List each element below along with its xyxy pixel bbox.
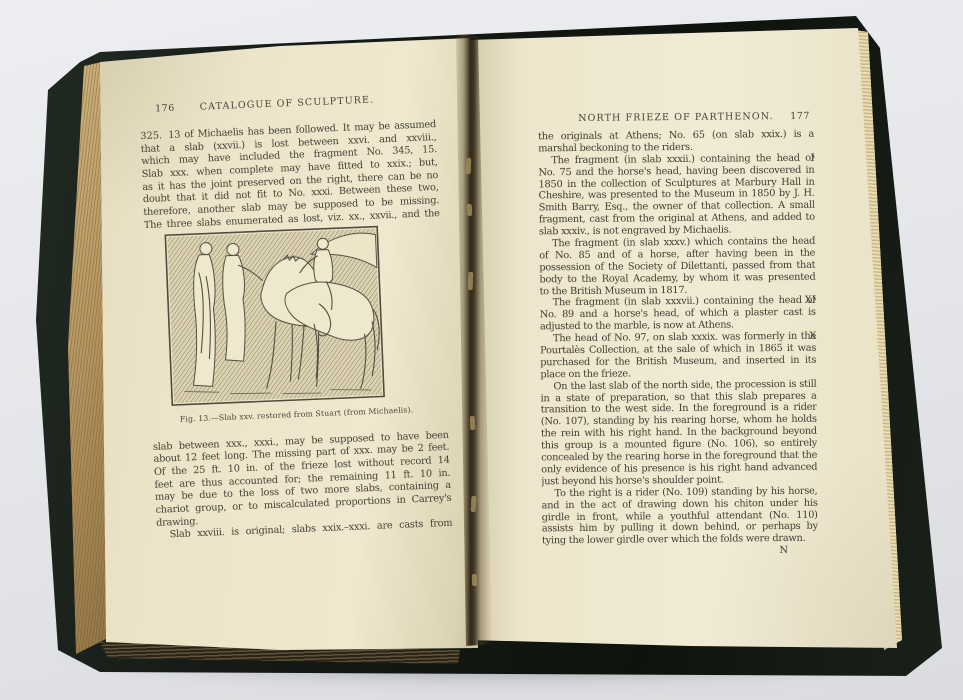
- line-text: marshal beckoning to the riders.: [538, 142, 693, 154]
- binding-stitch: [468, 272, 474, 290]
- line-text: adjusted to the marble, is now at Athens…: [540, 320, 734, 333]
- right-running-head: NORTH FRIEZE OF PARTHENON. 177: [538, 111, 814, 127]
- slab-plate-numeral: XXXII.: [811, 152, 815, 164]
- line-text: slab xxxiv., is not engraved by Michaeli…: [539, 225, 732, 238]
- slab-plate-numeral: XXXV.: [814, 236, 815, 248]
- line-text: place on the frieze.: [540, 368, 631, 380]
- right-page-number: 177: [790, 111, 810, 122]
- line-text: just beyond his horse's shoulder point.: [541, 474, 723, 487]
- line-text: to the British Museum in 1817.: [540, 284, 688, 296]
- right-page-content: NORTH FRIEZE OF PARTHENON. 177 the origi…: [538, 111, 818, 560]
- binding-stitch: [470, 416, 475, 430]
- line-text: drawing.: [156, 516, 198, 529]
- line-text: tying the lower girdle over which the fo…: [542, 533, 806, 547]
- left-page-content: 176 CATALOGUE OF SCULPTURE. 325.13 of Mi…: [139, 92, 453, 543]
- binding-stitch: [466, 158, 472, 174]
- figure-caption: Fig. 13.—Slab xxv. restored from Stuart …: [172, 406, 386, 424]
- frieze-engraving: [164, 225, 385, 406]
- slab-plate-numeral: XXXVII.: [805, 295, 816, 307]
- entry-margin-number: 325.: [140, 130, 162, 144]
- binding-stitch: [472, 574, 477, 586]
- binding-stitch: [467, 204, 473, 216]
- slab-plate-numeral: XXXIX.: [809, 331, 816, 343]
- book-photograph: 176 CATALOGUE OF SCULPTURE. 325.13 of Mi…: [0, 0, 963, 700]
- left-paragraph-top: 325.13 of Michaelis has been followed. I…: [140, 119, 440, 233]
- figure-block: Fig. 13.—Slab xxv. restored from Stuart …: [164, 225, 386, 424]
- right-text-column: the originals at Athens; No. 65 (on slab…: [538, 129, 818, 548]
- binding-stitch: [471, 496, 477, 512]
- left-paragraph-bottom: slab between xxx., xxxi., may be suppose…: [153, 429, 453, 543]
- right-running-title: NORTH FRIEZE OF PARTHENON.: [538, 111, 814, 125]
